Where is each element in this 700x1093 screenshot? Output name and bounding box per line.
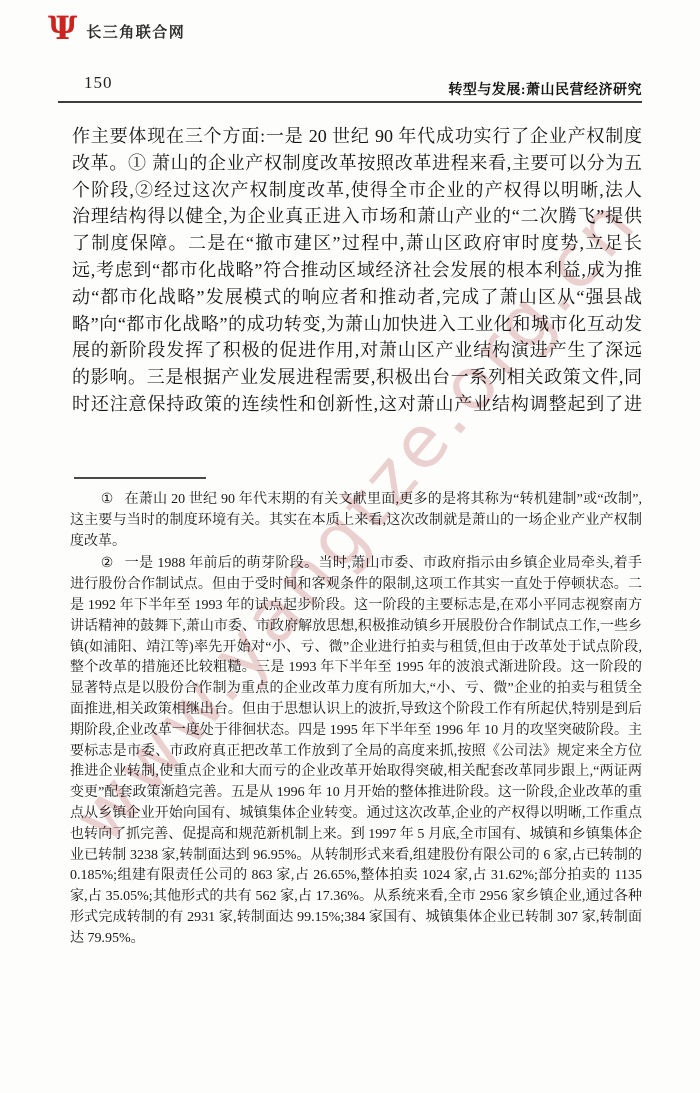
psi-logo-icon: Ψ [48,12,77,44]
footnote-separator [74,477,206,479]
body-text-line: 时还注意保持政策的连续性和创新性,这对萧山产业结构调整起到了进 [72,391,642,418]
footnote-2: ②一是 1988 年前后的萌芽阶段。当时,萧山市委、市政府指示由乡镇企业局牵头,… [70,554,642,949]
footnote-1-text: 在萧山 20 世纪 90 年代末期的有关文献里面,更多的是将其称为“转机建制”或… [70,492,642,549]
header-rule [58,101,642,103]
body-paragraph: 作主要体现在三个方面:一是 20 世纪 90 年代成功实行了企业产权制度 改革。… [72,123,642,418]
body-text-line: 展的新阶段发挥了积极的促进作用,对萧山区产业结构演进产生了深远 [72,337,642,364]
body-text-line: 作主要体现在三个方面:一是 20 世纪 90 年代成功实行了企业产权制度 [72,123,642,150]
body-text-line: 改革。① 萧山的企业产权制度改革按照改革进程来看,主要可以分为五 [72,150,642,177]
site-name: 长三角联合网 [86,15,185,42]
footnote-2-marker: ② [101,556,114,571]
footnotes-section: ①在萧山 20 世纪 90 年代末期的有关文献里面,更多的是将其称为“转机建制”… [70,490,642,952]
body-text-line: 远,考虑到“都市化战略”符合推动区域经济社会发展的根本利益,成为推 [72,257,642,284]
body-text-line: 治理结构得以健全,为企业真正进入市场和萧山产业的“二次腾飞”提供 [72,203,642,230]
running-title: 转型与发展:萧山民营经济研究 [448,79,642,99]
page-number: 150 [84,73,113,93]
footnote-1: ①在萧山 20 世纪 90 年代末期的有关文献里面,更多的是将其称为“转机建制”… [70,490,642,552]
body-text-line: 的影响。三是根据产业发展进程需要,积极出台一系列相关政策文件,同 [72,364,642,391]
footnote-2-text: 一是 1988 年前后的萌芽阶段。当时,萧山市委、市政府指示由乡镇企业局牵头,着… [70,556,642,945]
body-text-line: 了制度保障。二是在“撤市建区”过程中,萧山区政府审时度势,立足长 [72,230,642,257]
body-text-line: 略”向“都市化战略”的成功转变,为萧山加快进入工业化和城市化互动发 [72,311,642,338]
body-text-line: 个阶段,②经过这次产权制度改革,使得全市企业的产权得以明晰,法人 [72,177,642,204]
footnote-1-marker: ① [101,492,114,507]
body-text-line: 动“都市化战略”发展模式的响应者和推动者,完成了萧山区从“强县战 [72,284,642,311]
site-logo: Ψ 长三角联合网 [48,12,185,44]
scanned-book-page: Ψ 长三角联合网 150 转型与发展:萧山民营经济研究 作主要体现在三个方面:一… [0,0,700,1093]
